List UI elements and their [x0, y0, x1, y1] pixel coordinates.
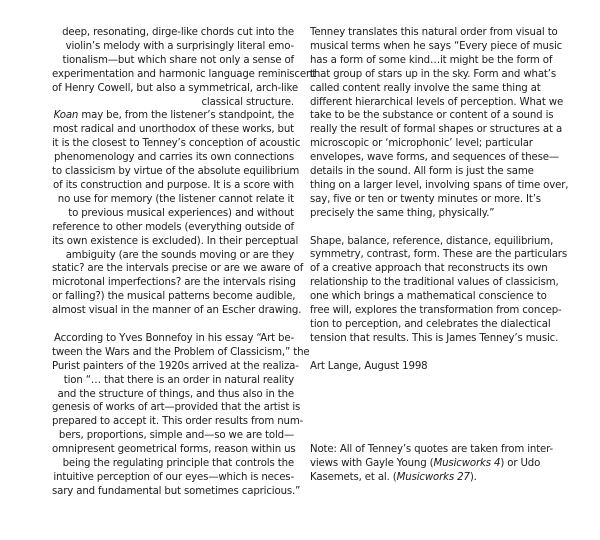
text-line: its own existence is excluded). In their… [52, 235, 294, 249]
spacer [310, 374, 560, 388]
spacer [310, 415, 560, 429]
text-line: reference to other models (everything ou… [52, 221, 294, 235]
text-line: being the regulating principle that cont… [52, 457, 294, 471]
right-column: Tenney translates this natural order fro… [310, 26, 560, 485]
text-line: really the result of formal shapes or st… [310, 123, 560, 137]
text-line: Note: All of Tenney’s quotes are taken f… [310, 443, 560, 457]
work-title-koan: Koan [54, 110, 79, 121]
text-line: different hierarchical levels of percept… [310, 96, 560, 110]
paragraph-conclusion: Shape, balance, reference, distance, equ… [310, 235, 560, 346]
text-line: has a form of some kind…it might be the … [310, 54, 560, 68]
text-line: Shape, balance, reference, distance, equ… [310, 235, 560, 249]
text-line: microtonal imperfections? are the interv… [52, 276, 294, 290]
text-line: called content really involve the same t… [310, 82, 560, 96]
text-line: omnipresent geometrical forms, reason wi… [52, 443, 294, 457]
text-line: of a creative approach that reconstructs… [310, 262, 560, 276]
text-fragment: views with Gayle Young ( [310, 458, 433, 469]
author-signature: Art Lange, August 1998 [310, 360, 560, 374]
text-line: and the structure of things, and thus al… [52, 388, 294, 402]
text-line: phenomenology and carries its own connec… [52, 151, 294, 165]
text-line: prepared to accept it. This order result… [52, 415, 294, 429]
text-line: tion to perception, and celebrates the d… [310, 318, 560, 332]
spacer [310, 401, 560, 415]
text-line: of Henry Cowell, but also a symmetrical,… [52, 82, 294, 96]
text-line: Koan may be, from the listener’s standpo… [52, 109, 294, 123]
text-line: tion “… that there is an order in natura… [52, 374, 294, 388]
text-fragment: may be, from the listener’s standpoint, … [78, 110, 294, 121]
text-fragment: ). [470, 472, 477, 483]
text-line: symmetry, contrast, form. These are the … [310, 248, 560, 262]
text-line: views with Gayle Young (Musicworks 4) or… [310, 457, 560, 471]
text-fragment: Kasemets, et al. ( [310, 472, 397, 483]
text-line: microscopic or ‘microphonic’ level; part… [310, 137, 560, 151]
text-fragment: ) or Udo [500, 458, 540, 469]
text-line: one which brings a mathematical conscien… [310, 290, 560, 304]
text-line: precisely the same thing, physically.” [310, 207, 560, 221]
text-line: intuitive perception of our eyes—which i… [52, 471, 294, 485]
paragraph-cowell-comparison: deep, resonating, dirge-like chords cut … [52, 26, 294, 109]
text-line: no use for memory (the listener cannot r… [52, 193, 294, 207]
footnote: Note: All of Tenney’s quotes are taken f… [310, 443, 560, 485]
text-line: ambiguity (are the sounds moving or are … [52, 249, 294, 263]
text-line: it is the closest to Tenney’s conception… [52, 137, 294, 151]
paragraph-tenney-quote: Tenney translates this natural order fro… [310, 26, 560, 221]
text-line: that group of stars up in the sky. Form … [310, 68, 560, 82]
text-line: genesis of works of art—provided that th… [52, 401, 294, 415]
text-line: envelopes, wave forms, and sequences of … [310, 151, 560, 165]
text-line: of its construction and purpose. It is a… [52, 179, 294, 193]
paragraph-koan: Koan may be, from the listener’s standpo… [52, 109, 294, 318]
text-line: tionalism—but which share not only a sen… [52, 54, 294, 68]
text-line: to classicism by virtue of the absolute … [52, 165, 294, 179]
text-line: static? are the intervals precise or are… [52, 262, 294, 276]
text-line: details in the sound. All form is just t… [310, 165, 560, 179]
text-line: to previous musical experiences) and wit… [52, 207, 294, 221]
paragraph-bonnefoy: According to Yves Bonnefoy in his essay … [52, 332, 294, 499]
text-line: free will, explores the transformation f… [310, 304, 560, 318]
text-line: or falling?) the musical patterns become… [52, 290, 294, 304]
text-line: violin’s melody with a surprisingly lite… [52, 40, 294, 54]
text-line: almost visual in the manner of an Escher… [52, 304, 294, 318]
text-line: classical structure. [52, 96, 294, 110]
publication-title: Musicworks 4 [433, 458, 500, 469]
left-column: deep, resonating, dirge-like chords cut … [52, 26, 294, 499]
text-line: According to Yves Bonnefoy in his essay … [52, 332, 294, 346]
spacer [310, 429, 560, 443]
paragraph-gap [310, 221, 560, 235]
text-line: relationship to the traditional values o… [310, 276, 560, 290]
text-line: take to be the substance or content of a… [310, 109, 560, 123]
text-line: sary and fundamental but sometimes capri… [52, 485, 294, 499]
paragraph-gap [52, 318, 294, 332]
publication-title: Musicworks 27 [397, 472, 470, 483]
text-line: Purist painters of the 1920s arrived at … [52, 360, 294, 374]
document-page: deep, resonating, dirge-like chords cut … [0, 0, 600, 540]
text-line: experimentation and harmonic language re… [52, 68, 294, 82]
text-line: musical terms when he says “Every piece … [310, 40, 560, 54]
text-line: say, five or ten or twenty minutes or mo… [310, 193, 560, 207]
text-line: tween the Wars and the Problem of Classi… [52, 346, 294, 360]
spacer [310, 388, 560, 402]
paragraph-gap [310, 346, 560, 360]
text-line: bers, proportions, simple and—so we are … [52, 429, 294, 443]
text-line: Tenney translates this natural order fro… [310, 26, 560, 40]
text-line: thing on a larger level, involving spans… [310, 179, 560, 193]
text-line: most radical and unorthodox of these wor… [52, 123, 294, 137]
text-line: tension that results. This is James Tenn… [310, 332, 560, 346]
text-line: deep, resonating, dirge-like chords cut … [52, 26, 294, 40]
text-line: Kasemets, et al. (Musicworks 27). [310, 471, 560, 485]
